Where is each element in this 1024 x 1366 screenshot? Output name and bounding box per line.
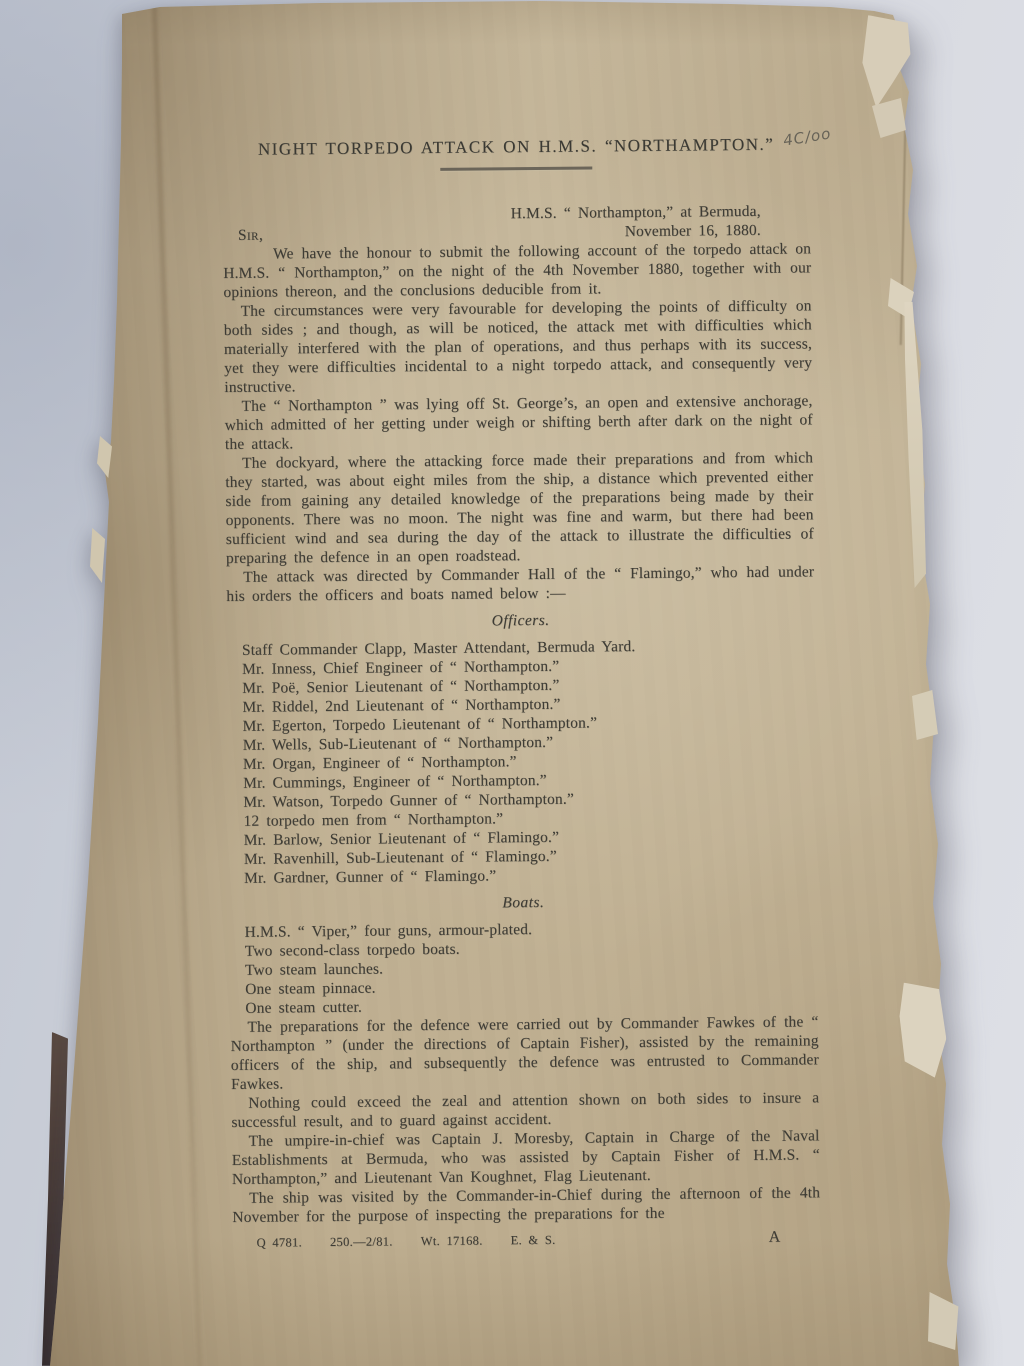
print-run: 250.—2/81. <box>330 1232 393 1252</box>
officers-list: Staff Commander Clapp, Master Attendant,… <box>227 635 817 888</box>
paragraph: The ship was visited by the Commander-in… <box>232 1183 820 1227</box>
torn-edge-tab-bottom <box>928 1292 960 1350</box>
paragraph: The dockyard, where the attacking force … <box>225 448 814 568</box>
document-content: NIGHT TORPEDO ATTACK ON H.M.S. “NORTHAMP… <box>222 134 821 1252</box>
officers-heading: Officers. <box>227 608 815 633</box>
paragraph: The “ Northampton ” was lying off St. Ge… <box>224 391 813 454</box>
left-fold-crease <box>152 0 202 1366</box>
address-block: H.M.S. “ Northampton,” at Bermuda, Sir, … <box>223 201 811 245</box>
paragraph: Nothing could exceed the zeal and attent… <box>231 1088 819 1132</box>
salutation: Sir, <box>238 225 264 244</box>
signature-mark: A <box>769 1227 781 1246</box>
photo-backdrop: 4C/oo NIGHT TORPEDO ATTACK ON H.M.S. “NO… <box>0 0 1024 1366</box>
paragraph: The circumstances were very favourable f… <box>224 296 813 397</box>
print-weight: Wt. 17168. <box>421 1231 483 1251</box>
boats-list: H.M.S. “ Viper,” four guns, armour-plate… <box>230 917 819 1018</box>
print-ref: Q 4781. <box>256 1233 302 1252</box>
paragraph: We have the honour to submit the followi… <box>223 239 812 302</box>
left-edge-tear-2 <box>90 528 105 583</box>
printer-name: E. & S. <box>511 1230 556 1249</box>
torn-edge-tab-mid <box>912 690 938 740</box>
paragraph: The attack was directed by Commander Hal… <box>226 562 814 606</box>
footer-spacer <box>584 1241 769 1243</box>
boats-heading: Boats. <box>229 890 817 915</box>
paragraph: The preparations for the defence were ca… <box>230 1012 819 1094</box>
date-line: November 16, 1880. <box>625 221 761 239</box>
paragraph: The umpire-in-chief was Captain J. Mores… <box>232 1126 821 1189</box>
title-divider-rule <box>440 166 592 170</box>
